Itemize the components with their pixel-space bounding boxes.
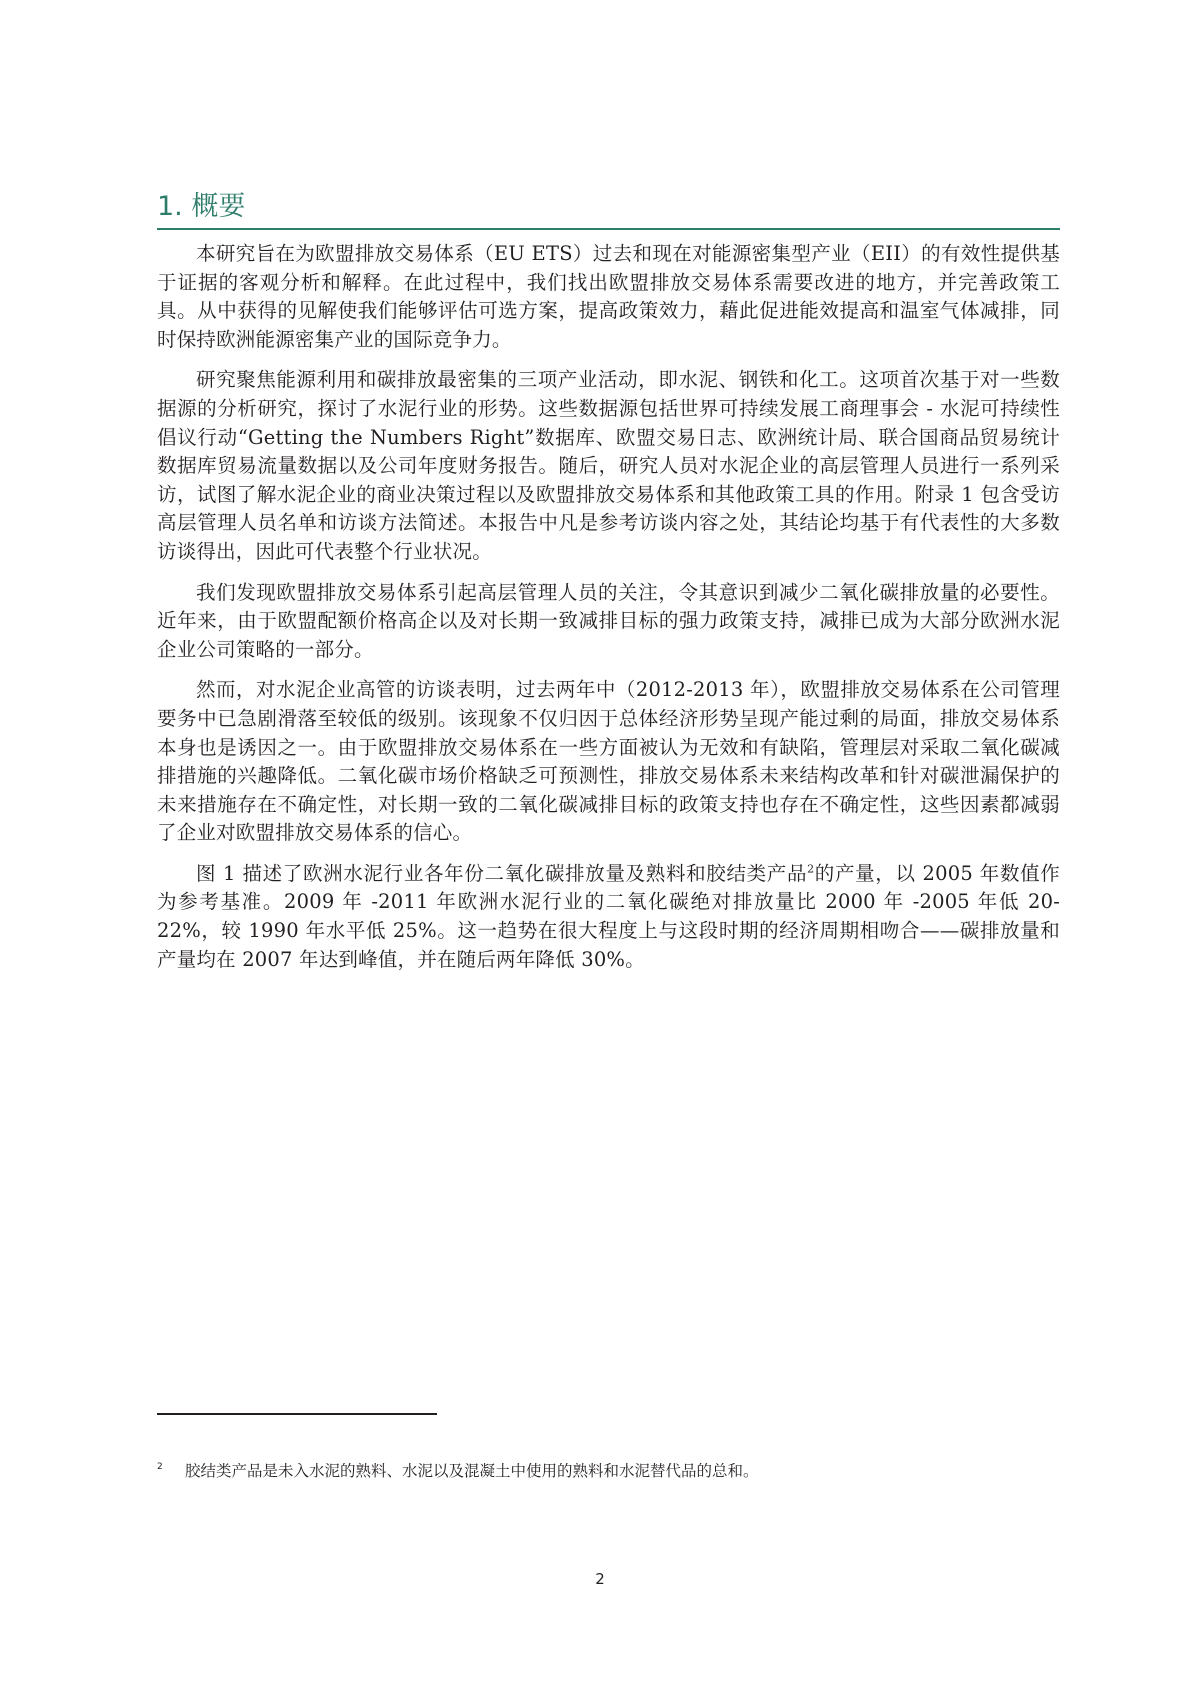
paragraph-text-before-ref: 图 1 描述了欧洲水泥行业各年份二氧化碳排放量及熟料和胶结类产品 (196, 862, 807, 885)
section-heading: 1. 概要 (157, 190, 1060, 230)
paragraph-research-focus: 研究聚焦能源利用和碳排放最密集的三项产业活动，即水泥、钢铁和化工。这项首次基于对… (157, 366, 1060, 566)
footnote-marker: 2 (157, 1460, 185, 1474)
paragraph-interviews: 然而，对水泥企业高管的访谈表明，过去两年中（2012-2013 年），欧盟排放交… (157, 676, 1060, 848)
paragraph-figure-description: 图 1 描述了欧洲水泥行业各年份二氧化碳排放量及熟料和胶结类产品2的产量，以 2… (157, 860, 1060, 974)
paragraph-findings: 我们发现欧盟排放交易体系引起高层管理人员的关注，令其意识到减少二氧化碳排放量的必… (157, 579, 1060, 665)
page-number: 2 (0, 1570, 1200, 1588)
footnote: 2胶结类产品是未入水泥的熟料、水泥以及混凝土中使用的熟料和水泥替代品的总和。 (157, 1460, 1060, 1482)
footnote-divider (157, 1413, 437, 1415)
section-title: 1. 概要 (157, 190, 1060, 228)
section-divider (157, 228, 1060, 230)
footnote-text: 胶结类产品是未入水泥的熟料、水泥以及混凝土中使用的熟料和水泥替代品的总和。 (185, 1462, 759, 1480)
document-page: 1. 概要 本研究旨在为欧盟排放交易体系（EU ETS）过去和现在对能源密集型产… (0, 0, 1200, 1683)
paragraph-intro: 本研究旨在为欧盟排放交易体系（EU ETS）过去和现在对能源密集型产业（EII）… (157, 240, 1060, 354)
body-text: 本研究旨在为欧盟排放交易体系（EU ETS）过去和现在对能源密集型产业（EII）… (157, 240, 1060, 986)
